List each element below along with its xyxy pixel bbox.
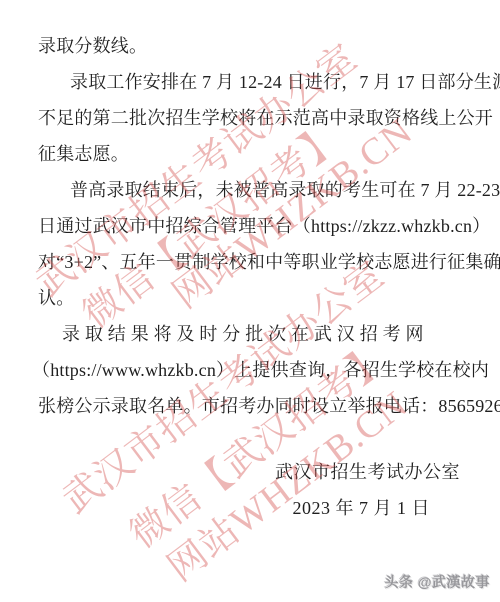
body-line: 对“3+2”、五年一贯制学校和中等职业学校志愿进行征集确 bbox=[38, 244, 460, 280]
body-line: 认。 bbox=[38, 280, 460, 316]
document-body: 录取分数线。 录取工作安排在 7 月 12-24 日进行，7 月 17 日部分生… bbox=[0, 0, 500, 526]
body-line: 不足的第二批次招生学校将在示范高中录取资格线上公开 bbox=[38, 100, 460, 136]
signature-date: 2023 年 7 月 1 日 bbox=[38, 490, 460, 526]
signature-office: 武汉市招生考试办公室 bbox=[38, 454, 460, 490]
body-line: 普高录取结束后，未被普高录取的考生可在 7 月 22-23 bbox=[38, 172, 460, 208]
body-line: 征集志愿。 bbox=[38, 136, 460, 172]
body-line: 录 取 结 果 将 及 时 分 批 次 在 武 汉 招 考 网 bbox=[38, 316, 460, 352]
body-line: （https://www.whzkb.cn）上提供查询，各招生学校在校内 bbox=[32, 352, 460, 388]
body-line: 张榜公示录取名单。市招考办同时设立举报电话：85659260。 bbox=[38, 388, 460, 424]
body-line: 日通过武汉市中招综合管理平台（https://zkzz.whzkb.cn） bbox=[38, 208, 460, 244]
toutiao-credit-badge: 头条 @武漢故事 bbox=[384, 572, 490, 592]
paragraph-spacer bbox=[38, 424, 460, 454]
document-page: 录取分数线。 录取工作安排在 7 月 12-24 日进行，7 月 17 日部分生… bbox=[0, 0, 500, 602]
body-line: 录取分数线。 bbox=[38, 28, 460, 64]
body-line: 录取工作安排在 7 月 12-24 日进行，7 月 17 日部分生源 bbox=[38, 64, 460, 100]
